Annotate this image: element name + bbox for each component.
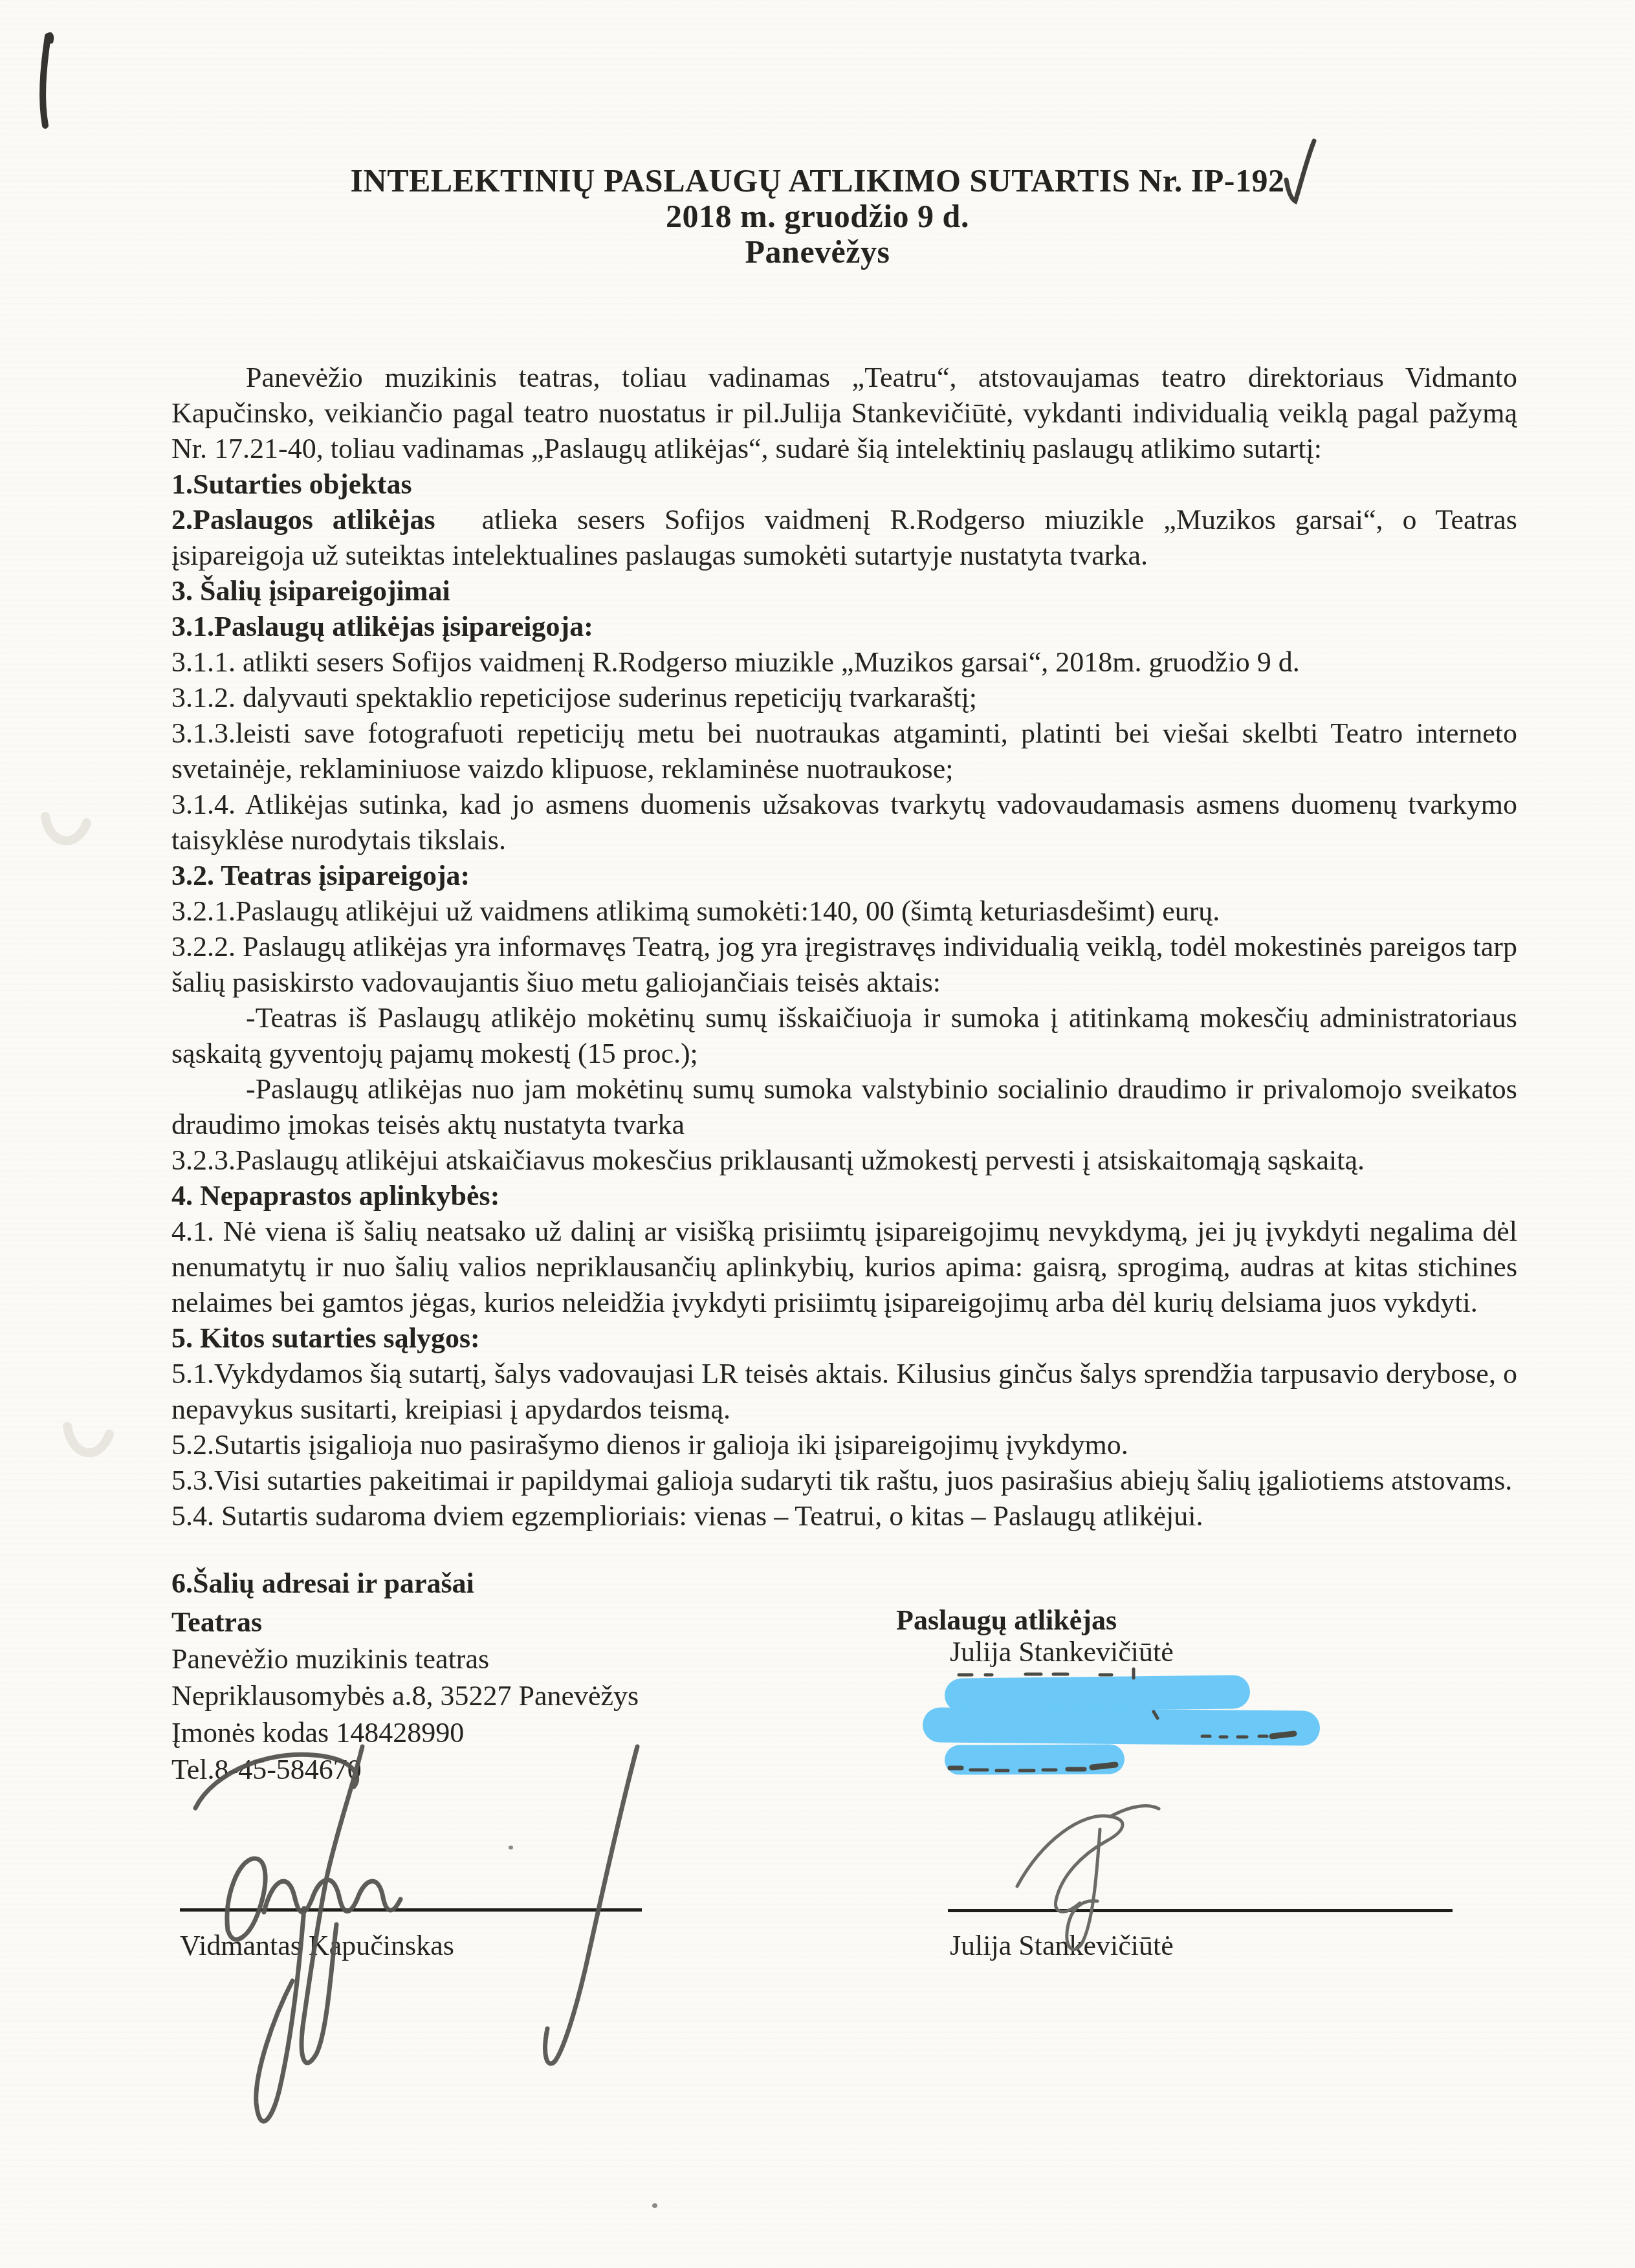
contract-body: Panevėžio muzikinis teatras, toliau vadi… — [171, 360, 1517, 1592]
theatre-phone-line: Tel.8-45-584670 — [171, 1751, 639, 1788]
clause-4-1: 4.1. Nė viena iš šalių neatsako už dalin… — [171, 1214, 1517, 1320]
scanned-contract-page: INTELEKTINIŲ PASLAUGŲ ATLIKIMO SUTARTIS … — [0, 0, 1635, 2268]
clause-3-2-2: 3.2.2. Paslaugų atlikėjas yra informavęs… — [171, 929, 1517, 1000]
clause-3-1-1: 3.1.1. atlikti sesers Sofijos vaidmenį R… — [171, 644, 1517, 680]
theatre-signature-line — [180, 1908, 642, 1912]
clause-3-2-3: 3.2.3.Paslaugų atlikėjui atskaičiavus mo… — [171, 1142, 1517, 1178]
performer-signature-line — [948, 1909, 1453, 1912]
theatre-signatory-name: Vidmantas Kapučinskas — [180, 1929, 454, 1962]
theatre-signature-block: Teatras Panevėžio muzikinis teatras Nepr… — [171, 1604, 639, 1788]
scan-pen-mark — [43, 34, 52, 125]
redaction-bar-1 — [945, 1675, 1251, 1712]
section-3-2-heading: 3.2. Teatras įsipareigoja: — [171, 858, 1517, 893]
clause-3-2-2-a: -Teatras iš Paslaugų atlikėjo mokėtinų s… — [171, 1000, 1517, 1071]
document-date: 2018 m. gruodžio 9 d. — [0, 199, 1635, 234]
theatre-name-line: Panevėžio muzikinis teatras — [171, 1641, 639, 1677]
clause-5-1: 5.1.Vykdydamos šią sutartį, šalys vadova… — [171, 1356, 1517, 1427]
clause-3-2-2-b: -Paslaugų atlikėjas nuo jam mokėtinų sum… — [171, 1071, 1517, 1142]
section-6-heading: 6.Šalių adresai ir parašai — [171, 1567, 474, 1600]
faint-margin-arc — [45, 816, 109, 1453]
intro-paragraph: Panevėžio muzikinis teatras, toliau vadi… — [171, 360, 1517, 466]
clause-5-4: 5.4. Sutartis sudaroma dviem egzempliori… — [171, 1498, 1517, 1534]
clause-3-2-1: 3.2.1.Paslaugų atlikėjui už vaidmens atl… — [171, 893, 1517, 929]
theatre-address-line: Nepriklausomybės a.8, 35227 Panevėžys — [171, 1677, 639, 1714]
title-block: INTELEKTINIŲ PASLAUGŲ ATLIKIMO SUTARTIS … — [0, 163, 1635, 270]
section-3-heading: 3. Šalių įsipareigojimai — [171, 573, 1517, 609]
scan-speck — [509, 1846, 513, 1849]
section-2-paragraph: 2.Paslaugos atlikėjasatlieka sesers Sofi… — [171, 502, 1517, 573]
scan-speck — [652, 2203, 657, 2208]
clause-3-1-2: 3.1.2. dalyvauti spektaklio repeticijose… — [171, 680, 1517, 715]
section-3-1-heading: 3.1.Paslaugų atlikėjas įsipareigoja: — [171, 609, 1517, 644]
section-5-heading: 5. Kitos sutarties sąlygos: — [171, 1320, 1517, 1356]
clause-5-3: 5.3.Visi sutarties pakeitimai ir papildy… — [171, 1463, 1517, 1498]
redaction-bar-2 — [923, 1707, 1320, 1745]
performer-name-top: Julija Stankevičiūtė — [950, 1635, 1174, 1668]
section-2-lead: 2.Paslaugos atlikėjas — [171, 504, 435, 536]
clause-5-2: 5.2.Sutartis įsigalioja nuo pasirašymo d… — [171, 1427, 1517, 1463]
clause-3-1-4: 3.1.4. Atlikėjas sutinka, kad jo asmens … — [171, 787, 1517, 858]
theatre-role-label: Teatras — [171, 1604, 639, 1641]
performer-role-label: Paslaugų atlikėjas — [896, 1604, 1117, 1637]
performer-signatory-name: Julija Stankevičiūtė — [950, 1929, 1174, 1962]
clause-3-1-3: 3.1.3.leisti save fotografuoti repeticij… — [171, 715, 1517, 787]
section-1-heading: 1.Sutarties objektas — [171, 466, 1517, 502]
redaction-bar-3 — [945, 1744, 1125, 1774]
document-place: Panevėžys — [0, 234, 1635, 270]
section-4-heading: 4. Nepaprastos aplinkybės: — [171, 1178, 1517, 1214]
theatre-company-code-line: Įmonės kodas 148428990 — [171, 1714, 639, 1751]
document-title: INTELEKTINIŲ PASLAUGŲ ATLIKIMO SUTARTIS … — [0, 163, 1635, 199]
performer-handwritten-signature — [1017, 1806, 1159, 1950]
